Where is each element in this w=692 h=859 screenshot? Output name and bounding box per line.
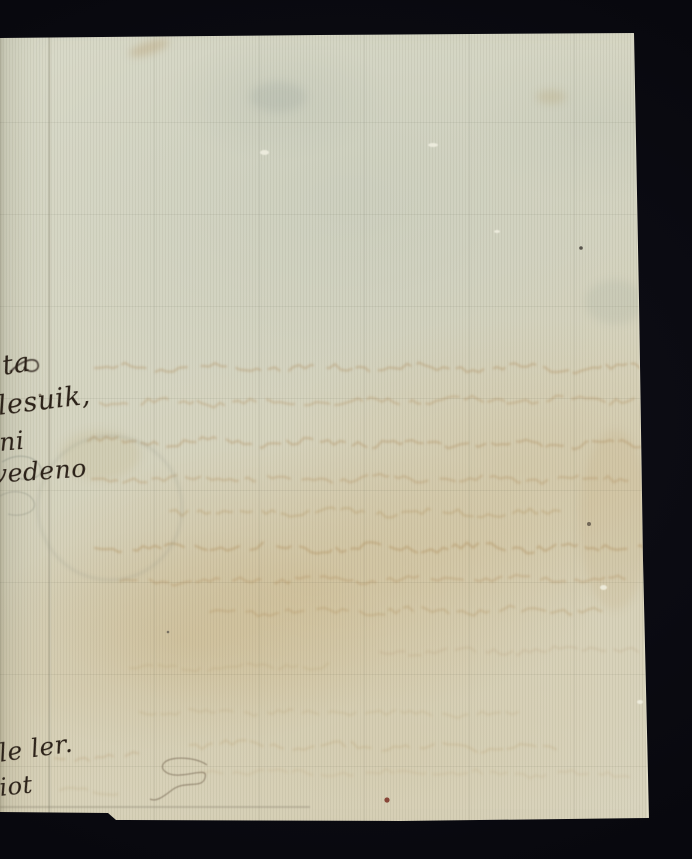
ink-specks (39, 246, 591, 802)
bleedthrough-line (95, 542, 647, 553)
bleedthrough-line (200, 769, 638, 778)
bleedthrough-line (380, 646, 638, 656)
bleedthrough-line (190, 740, 556, 752)
pencil-doodle (150, 758, 207, 800)
bleedthrough-line (170, 508, 560, 518)
ink-fragment-6: iot (0, 771, 34, 802)
bleedthrough-line (210, 606, 612, 617)
bleedthrough-line (88, 437, 646, 450)
paper-edge-highlight (634, 34, 648, 817)
fold-crease-bottom (0, 806, 310, 808)
bleedthrough-line (60, 788, 120, 795)
mirrored-bleedthrough-text (55, 363, 647, 795)
ink-speck (587, 522, 591, 526)
fold-crease-vertical (48, 36, 51, 816)
ink-speck (579, 246, 583, 250)
bleedthrough-and-marks-svg (0, 0, 692, 859)
bleedthrough-line (130, 663, 328, 671)
bleedthrough-line (100, 396, 646, 408)
photo-backdrop: ta lesuik, ni vedeno le ler. iot (0, 0, 692, 859)
bleedthrough-line (95, 363, 647, 374)
ink-fragment-1: ta (0, 347, 32, 382)
manuscript-paper: ta lesuik, ni vedeno le ler. iot (0, 0, 692, 859)
ink-speck (167, 631, 170, 634)
ink-fragment-3: ni (0, 426, 26, 457)
ink-speck (384, 797, 389, 802)
bleedthrough-line (140, 709, 518, 718)
bleedthrough-line (120, 575, 636, 586)
pencil-squiggle-icon (0, 492, 35, 516)
